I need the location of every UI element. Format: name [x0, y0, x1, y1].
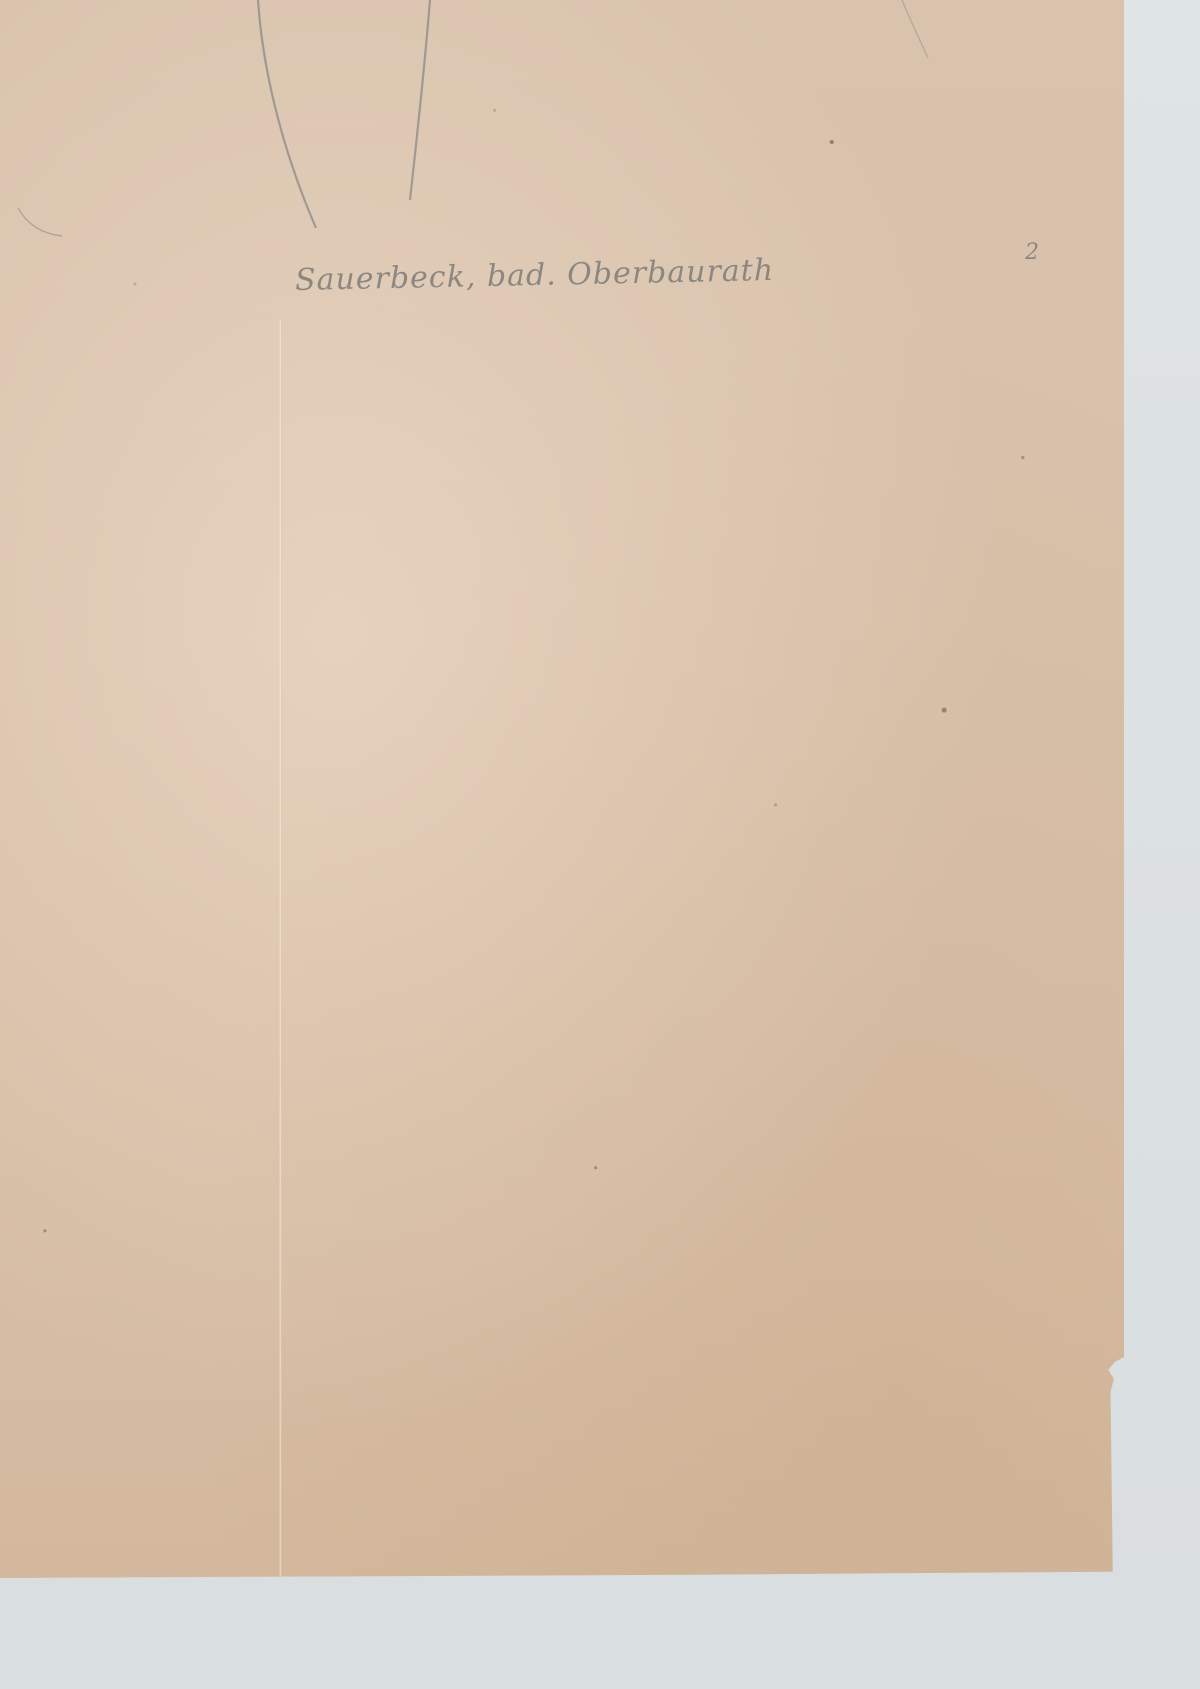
handwritten-inscription: Sauerbeck, bad. Oberbaurath	[295, 253, 775, 298]
paper-sheet: Sauerbeck, bad. Oberbaurath 2	[0, 0, 1124, 1578]
inscription-mark: 2	[1025, 240, 1039, 265]
pencil-sketch-fragment	[0, 0, 1124, 260]
fold-line	[279, 320, 282, 1578]
paper-speckles	[0, 0, 1124, 1578]
